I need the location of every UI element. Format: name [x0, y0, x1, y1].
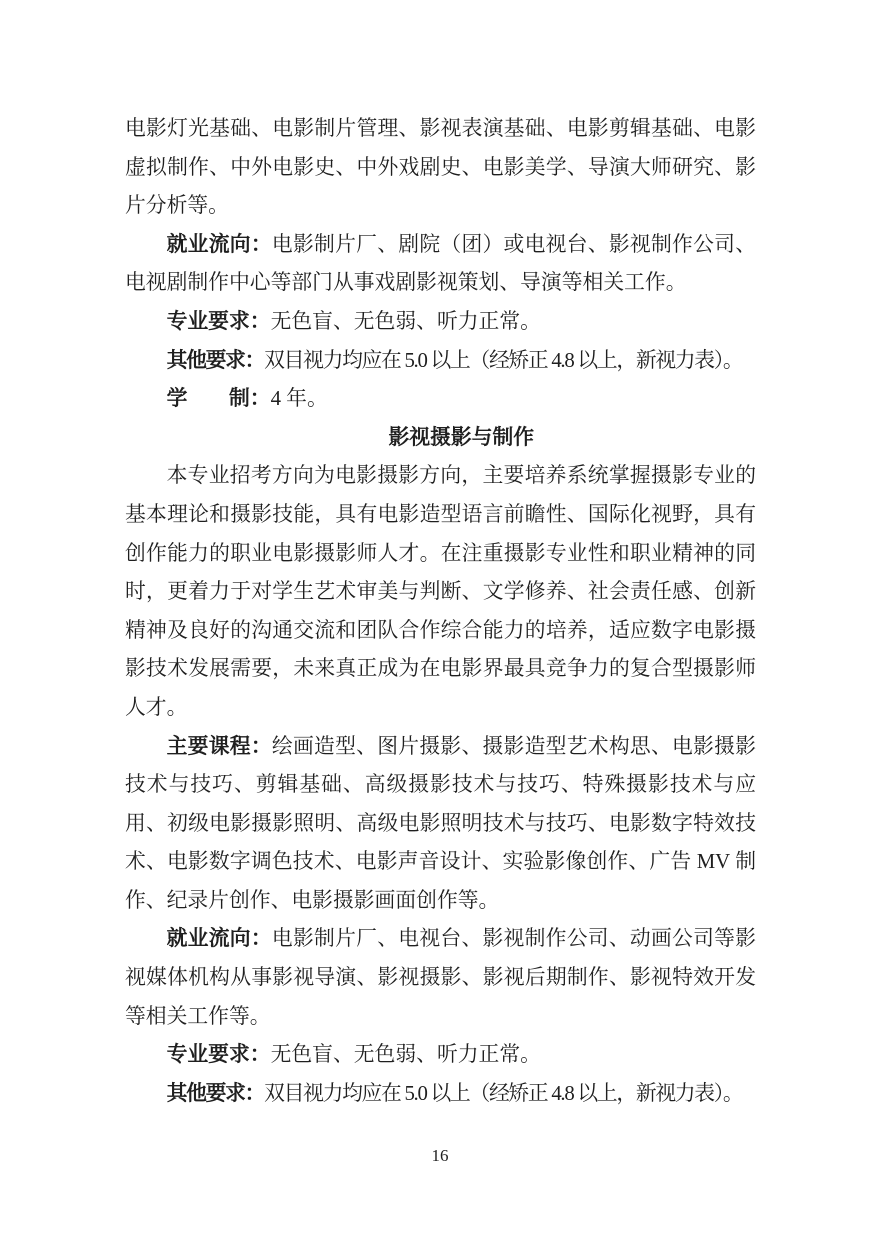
employment-label: 就业流向：: [167, 233, 272, 256]
major-requirement-label: 专业要求：: [167, 310, 271, 333]
paragraph-text: 4 年。: [271, 387, 328, 410]
major-heading: 影视摄影与制作: [125, 419, 756, 458]
courses-continued-paragraph: 电影灯光基础、电影制片管理、影视表演基础、电影剪辑基础、电影虚拟制作、中外电影史…: [125, 110, 756, 226]
duration-paragraph: 学 制：4 年。: [125, 380, 756, 419]
other-requirement-label: 其他要求：: [167, 349, 264, 372]
major-intro-paragraph: 本专业招考方向为电影摄影方向，主要培养系统掌握摄影专业的基本理论和摄影技能，具有…: [125, 457, 756, 727]
paragraph-text: 无色盲、无色弱、听力正常。: [271, 1043, 541, 1066]
major-requirement-paragraph-2: 专业要求：无色盲、无色弱、听力正常。: [125, 1036, 756, 1075]
other-requirement-label-2: 其他要求：: [167, 1082, 264, 1105]
page-content: 电影灯光基础、电影制片管理、影视表演基础、电影剪辑基础、电影虚拟制作、中外电影史…: [125, 110, 756, 1113]
employment-paragraph: 就业流向：电影制片厂、剧院（团）或电视台、影视制作公司、电视剧制作中心等部门从事…: [125, 226, 756, 303]
paragraph-text: 电影灯光基础、电影制片管理、影视表演基础、电影剪辑基础、电影虚拟制作、中外电影史…: [125, 117, 756, 217]
paragraph-text: 双目视力均应在 5.0 以上（经矫正 4.8 以上，新视力表）。: [264, 349, 742, 372]
major-requirement-paragraph: 专业要求：无色盲、无色弱、听力正常。: [125, 303, 756, 342]
other-requirement-paragraph-2: 其他要求：双目视力均应在 5.0 以上（经矫正 4.8 以上，新视力表）。: [125, 1075, 756, 1114]
main-courses-paragraph: 主要课程：绘画造型、图片摄影、摄影造型艺术构思、电影摄影技术与技巧、剪辑基础、高…: [125, 728, 756, 921]
other-requirement-paragraph: 其他要求：双目视力均应在 5.0 以上（经矫正 4.8 以上，新视力表）。: [125, 342, 756, 381]
paragraph-text: 绘画造型、图片摄影、摄影造型艺术构思、电影摄影技术与技巧、剪辑基础、高级摄影技术…: [125, 735, 756, 912]
main-courses-label: 主要课程：: [167, 735, 272, 758]
paragraph-text: 本专业招考方向为电影摄影方向，主要培养系统掌握摄影专业的基本理论和摄影技能，具有…: [125, 464, 756, 719]
duration-label: 学 制：: [167, 387, 271, 410]
employment-label-2: 就业流向：: [167, 927, 272, 950]
major-requirement-label-2: 专业要求：: [167, 1043, 271, 1066]
page-number: 16: [0, 1146, 880, 1166]
paragraph-text: 双目视力均应在 5.0 以上（经矫正 4.8 以上，新视力表）。: [264, 1082, 742, 1105]
document-page: 电影灯光基础、电影制片管理、影视表演基础、电影剪辑基础、电影虚拟制作、中外电影史…: [0, 0, 880, 1244]
employment-paragraph-2: 就业流向：电影制片厂、电视台、影视制作公司、动画公司等影视媒体机构从事影视导演、…: [125, 920, 756, 1036]
paragraph-text: 无色盲、无色弱、听力正常。: [271, 310, 541, 333]
